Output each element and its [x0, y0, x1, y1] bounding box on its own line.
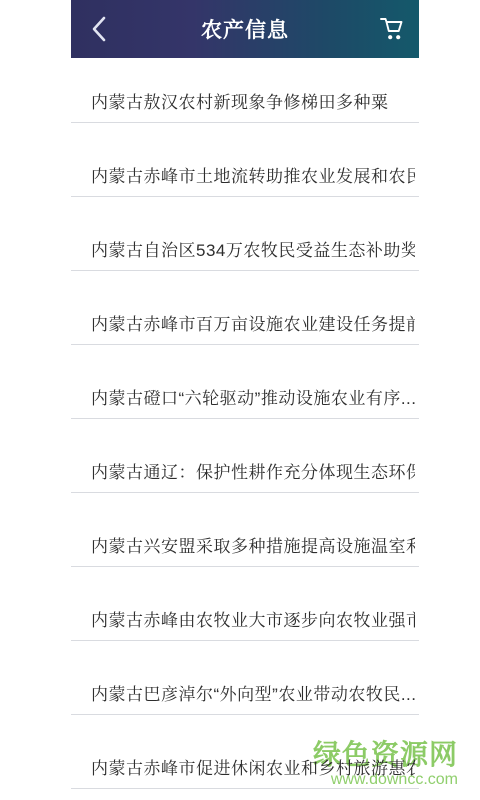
list-item[interactable]: 内蒙古兴安盟采取多种措施提高设施温室利...	[71, 493, 419, 567]
page-title: 农产信息	[201, 14, 289, 44]
news-list: 内蒙古敖汉农村新现象争修梯田多种粟 内蒙古赤峰市土地流转助推农业发展和农民...…	[71, 58, 419, 789]
list-item-title: 内蒙古赤峰市百万亩设施农业建设任务提前...	[91, 314, 415, 335]
back-button[interactable]	[83, 11, 115, 47]
list-item[interactable]: 内蒙古通辽：保护性耕作充分体现生态环保...	[71, 419, 419, 493]
list-item-title: 内蒙古通辽：保护性耕作充分体现生态环保...	[91, 462, 415, 483]
list-item-title: 内蒙古敖汉农村新现象争修梯田多种粟	[91, 92, 389, 113]
list-item-title: 内蒙古赤峰市土地流转助推农业发展和农民...	[91, 166, 415, 187]
list-item-title: 内蒙古巴彦淖尔“外向型”农业带动农牧民...	[91, 684, 415, 705]
list-item[interactable]: 内蒙古赤峰市百万亩设施农业建设任务提前...	[71, 271, 419, 345]
list-item[interactable]: 内蒙古敖汉农村新现象争修梯田多种粟	[71, 58, 419, 123]
list-item[interactable]: 内蒙古自治区534万农牧民受益生态补助奖励...	[71, 197, 419, 271]
list-item-title: 内蒙古赤峰市促进休闲农业和乡村旅游惠农...	[91, 758, 415, 779]
list-item-title: 内蒙古兴安盟采取多种措施提高设施温室利...	[91, 536, 415, 557]
list-item-title: 内蒙古自治区534万农牧民受益生态补助奖励...	[91, 240, 415, 261]
list-item[interactable]: 内蒙古赤峰市土地流转助推农业发展和农民...	[71, 123, 419, 197]
cart-button[interactable]	[375, 11, 407, 47]
list-item-title: 内蒙古赤峰由农牧业大市逐步向农牧业强市...	[91, 610, 415, 631]
header: 农产信息	[71, 0, 419, 58]
list-item[interactable]: 内蒙古赤峰由农牧业大市逐步向农牧业强市...	[71, 567, 419, 641]
list-item-title: 内蒙古磴口“六轮驱动”推动设施农业有序...	[91, 388, 415, 409]
shopping-cart-icon	[377, 14, 405, 44]
list-item[interactable]: 内蒙古磴口“六轮驱动”推动设施农业有序...	[71, 345, 419, 419]
app-container: 农产信息 内蒙古敖汉农村新现象争修梯田多种粟 内蒙古赤峰市土地流转助推农业发展和…	[71, 0, 419, 800]
list-item[interactable]: 内蒙古赤峰市促进休闲农业和乡村旅游惠农...	[71, 715, 419, 789]
chevron-left-icon	[91, 15, 107, 43]
list-item[interactable]: 内蒙古巴彦淖尔“外向型”农业带动农牧民...	[71, 641, 419, 715]
